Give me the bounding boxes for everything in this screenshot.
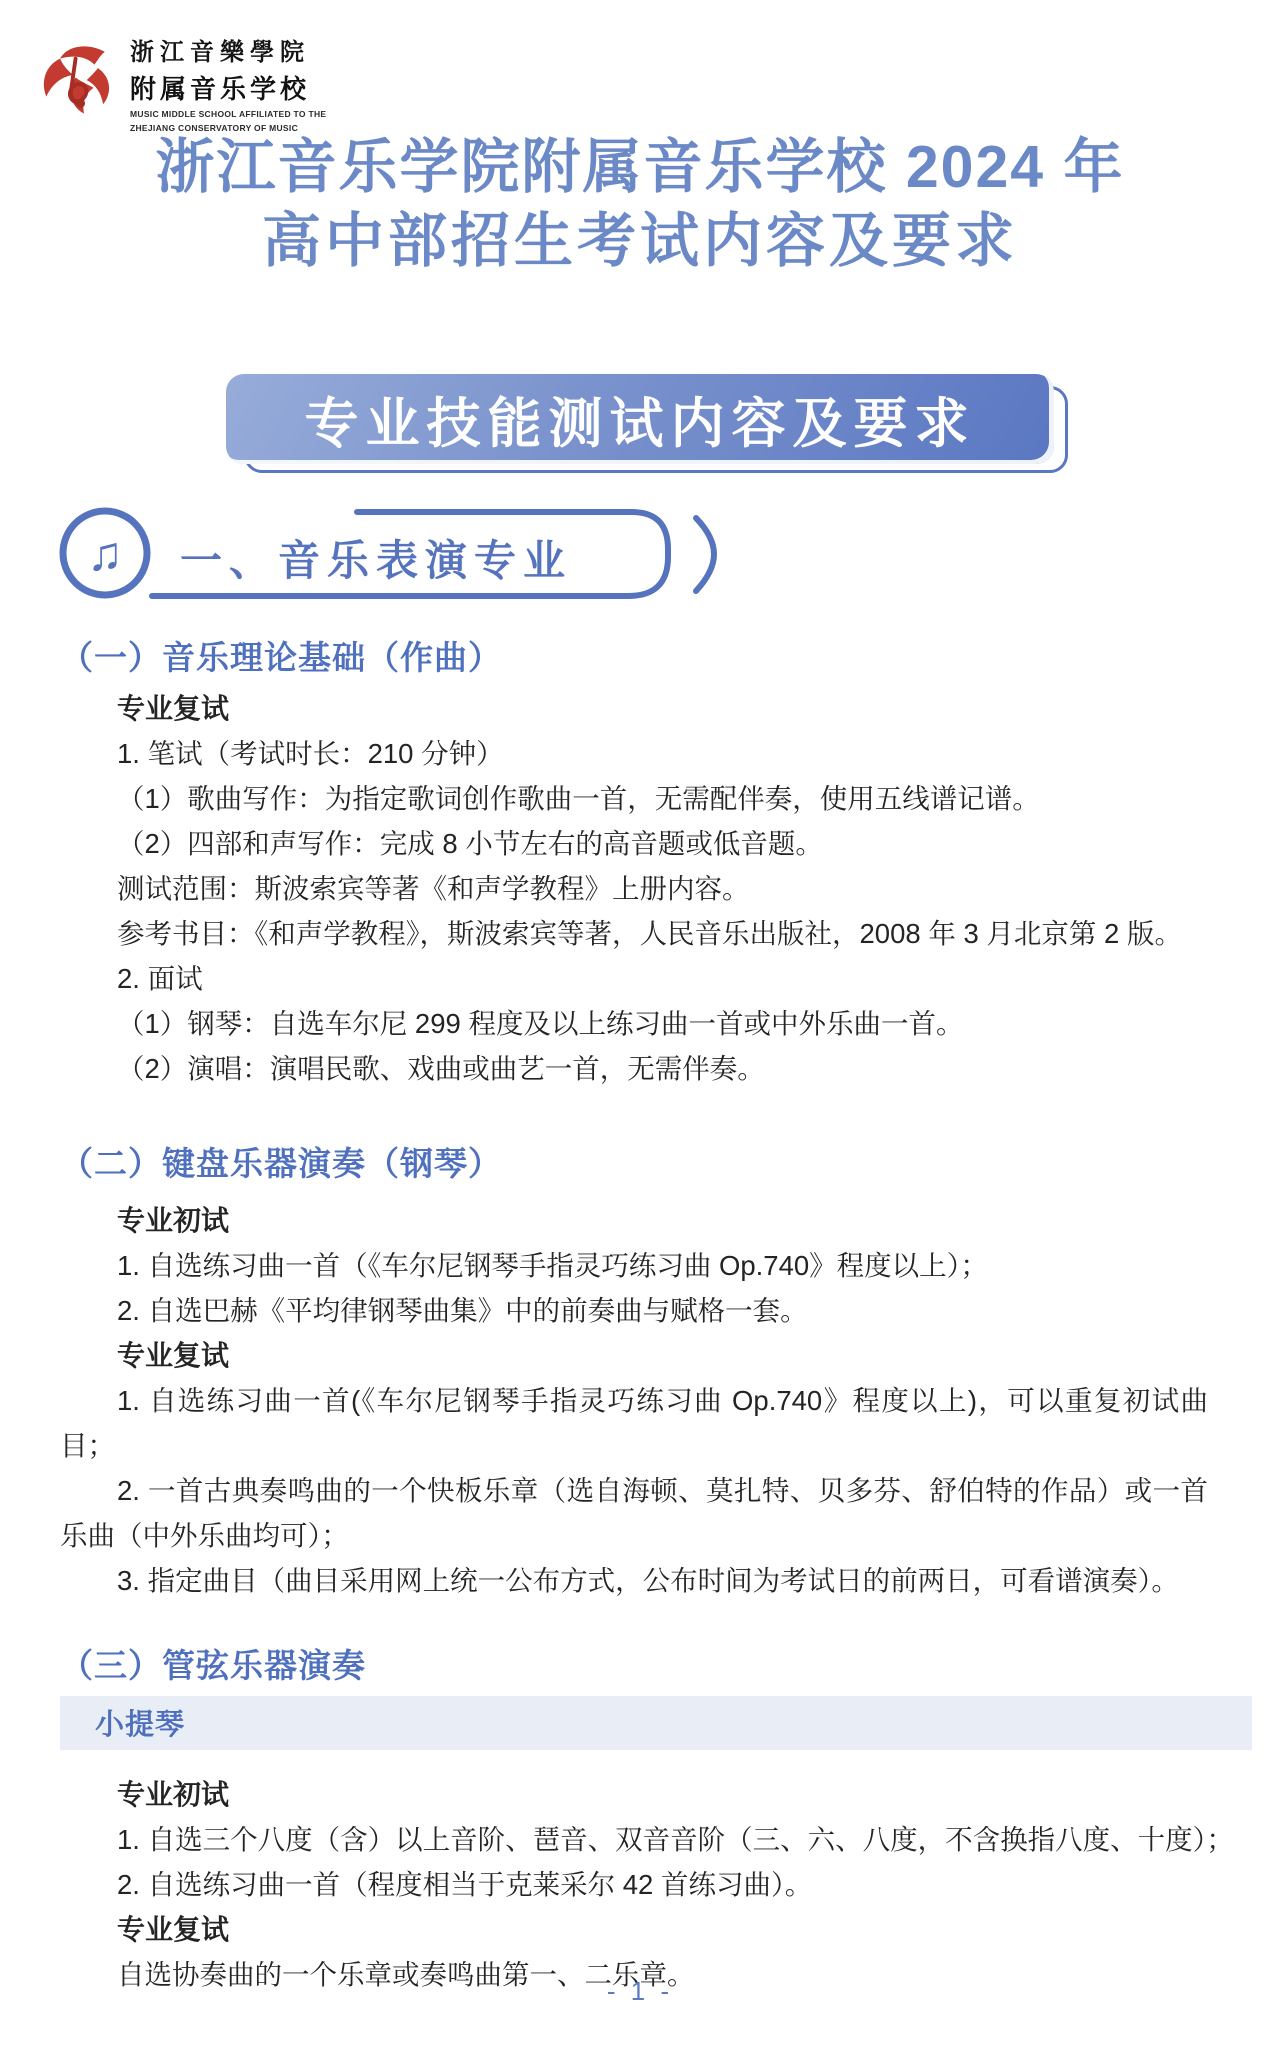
section-heading-1: （一）音乐理论基础（作曲） — [60, 637, 1252, 680]
requirement-line: 2. 自选练习曲一首（程度相当于克莱采尔 42 首练习曲）。 — [117, 1862, 1252, 1907]
page-number: - 1 - — [0, 1976, 1280, 2007]
section-heading-2: （二）键盘乐器演奏（钢琴） — [60, 1143, 1252, 1186]
skill-test-banner: 专业技能测试内容及要求 — [226, 374, 1054, 464]
stage-label: 专业初试 — [117, 1198, 1252, 1243]
requirement-line: 参考书目：《和声学教程》，斯波索宾等著，人民音乐出版社，2008 年 3 月北京… — [117, 911, 1252, 956]
skill-test-banner-wrap: 专业技能测试内容及要求 — [226, 374, 1054, 464]
category-title: 一、音乐表演专业 — [180, 528, 572, 588]
stage-label: 专业复试 — [117, 686, 1252, 731]
category-header: ♫ 一、音乐表演专业 — [52, 501, 752, 605]
music-notes-icon: ♫ — [87, 528, 123, 581]
requirement-line: 测试范围：斯波索宾等著《和声学教程》上册内容。 — [117, 866, 1252, 911]
section-heading-3: （三）管弦乐器演奏 — [60, 1645, 1252, 1688]
requirement-line: （2）演唱：演唱民歌、戏曲或曲艺一首，无需伴奏。 — [117, 1046, 1252, 1091]
requirement-line: （1）钢琴：自选车尔尼 299 程度及以上练习曲一首或中外乐曲一首。 — [117, 1001, 1252, 1046]
section-body-3: 专业初试 1. 自选三个八度（含）以上音阶、琶音、双音音阶（三、六、八度，不含换… — [60, 1772, 1252, 1997]
instrument-band: 小提琴 — [60, 1696, 1252, 1750]
requirement-line: 3. 指定曲目（曲目采用网上统一公布方式，公布时间为考试日的前两日，可看谱演奏）… — [60, 1558, 1208, 1603]
document-title-line1: 浙江音乐学院附属音乐学校 2024 年 — [0, 138, 1280, 197]
logo-text-block: 浙江音樂學院 附属音乐学校 MUSIC MIDDLE SCHOOL AFFILI… — [130, 32, 326, 134]
document-body: （一）音乐理论基础（作曲） 专业复试 1. 笔试（考试时长：210 分钟） （1… — [0, 637, 1280, 1997]
document-page: 浙江音樂學院 附属音乐学校 MUSIC MIDDLE SCHOOL AFFILI… — [0, 0, 1280, 2047]
document-title-line2: 高中部招生考试内容及要求 — [0, 212, 1280, 271]
requirement-line: 1. 自选练习曲一首(《车尔尼钢琴手指灵巧练习曲 Op.740》程度以上)，可以… — [60, 1378, 1208, 1468]
logo-calligraphy-name: 浙江音樂學院 — [130, 32, 326, 67]
requirement-line: 1. 自选三个八度（含）以上音阶、琶音、双音音阶（三、六、八度，不含换指八度、十… — [117, 1817, 1252, 1862]
phoenix-flourish-icon — [36, 41, 122, 126]
logo-school-name: 附属音乐学校 — [130, 69, 326, 106]
requirement-line: （1）歌曲写作：为指定歌词创作歌曲一首，无需配伴奏，使用五线谱记谱。 — [117, 776, 1252, 821]
logo-english-name-line1: MUSIC MIDDLE SCHOOL AFFILIATED TO THE — [130, 109, 326, 120]
section-body-1: 专业复试 1. 笔试（考试时长：210 分钟） （1）歌曲写作：为指定歌词创作歌… — [60, 686, 1252, 1091]
requirement-line: 1. 笔试（考试时长：210 分钟） — [117, 731, 1252, 776]
requirement-line: （2）四部和声写作：完成 8 小节左右的高音题或低音题。 — [117, 821, 1252, 866]
requirement-line: 1. 自选练习曲一首（《车尔尼钢琴手指灵巧练习曲 Op.740》程度以上）； — [117, 1243, 1252, 1288]
school-logo: 浙江音樂學院 附属音乐学校 MUSIC MIDDLE SCHOOL AFFILI… — [36, 32, 326, 134]
requirement-line: 2. 自选巴赫《平均律钢琴曲集》中的前奏曲与赋格一套。 — [117, 1288, 1252, 1333]
requirement-line: 2. 一首古典奏鸣曲的一个快板乐章（选自海顿、莫扎特、贝多芬、舒伯特的作品）或一… — [60, 1468, 1208, 1558]
stage-label: 专业复试 — [117, 1907, 1252, 1952]
section-body-2: 专业初试 1. 自选练习曲一首（《车尔尼钢琴手指灵巧练习曲 Op.740》程度以… — [60, 1198, 1252, 1603]
stage-label: 专业复试 — [117, 1333, 1252, 1378]
stage-label: 专业初试 — [117, 1772, 1252, 1817]
requirement-line: 2. 面试 — [117, 956, 1252, 1001]
logo-english-name-line2: ZHEJIANG CONSERVATORY OF MUSIC — [130, 123, 326, 134]
